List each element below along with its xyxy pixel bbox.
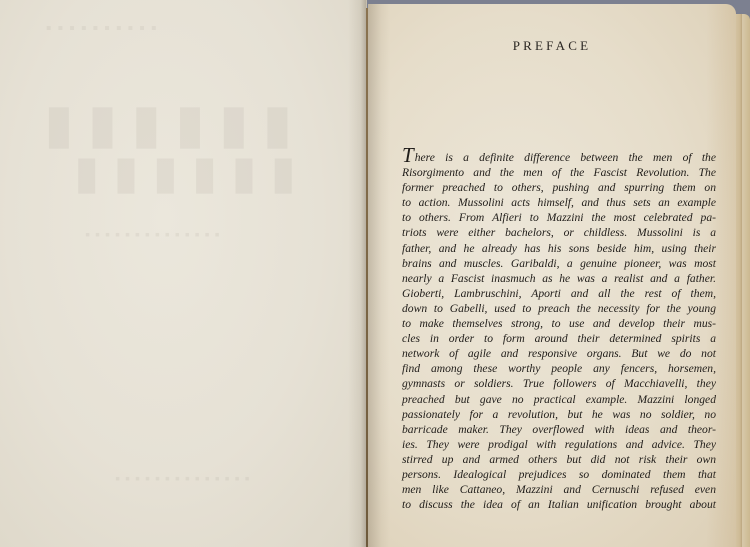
text-line: to others. From Alfieri to Mazzini the m…: [402, 210, 716, 225]
text-line: to discuss the idea of an Italian unific…: [402, 497, 716, 512]
text-line: persons. Idealogical prejudices so domin…: [402, 467, 716, 482]
text-line: down to Gabelli, used to preach the nece…: [402, 301, 716, 316]
bleed-through-mark: ▪▪▪▪▪▪▪▪▪▪▪▪▪▪: [110, 472, 249, 488]
bleed-through-mark: ▪▪▪▪▪▪▪▪▪▪: [40, 20, 157, 38]
bleed-through-mark: ▮▮▮▮▮▮: [60, 145, 296, 199]
preface-body-text: There is a definite difference between t…: [402, 150, 716, 512]
underlying-pages-edge: [734, 14, 750, 547]
text-line: There is a definite difference between t…: [402, 150, 716, 165]
text-line: find among these worthy people any fence…: [402, 361, 716, 376]
text-line: gymnasts or soldiers. True followers of …: [402, 376, 716, 391]
drop-cap: T: [402, 143, 414, 167]
text-line: Gioberti, Lambruschini, Aporti and all t…: [402, 286, 716, 301]
text-line: Risorgimento and the men of the Fascist …: [402, 165, 716, 180]
text-line: stirred up and armed others but did not …: [402, 452, 716, 467]
text-line: triots were either bachelors, or childle…: [402, 225, 716, 240]
page-heading: PREFACE: [368, 38, 736, 54]
text-line: passionately for a revolution, but he wa…: [402, 407, 716, 422]
left-page-blank: ▪▪▪▪▪▪▪▪▪▪ ▮▮▮▮▮▮ ▮▮▮▮▮▮ ▪▪▪▪▪▪▪▪▪▪▪▪▪▪ …: [0, 0, 367, 547]
text-line: to action. Mussolini acts himself, and t…: [402, 195, 716, 210]
text-line: network of agile and responsive organs. …: [402, 346, 716, 361]
text-line: to make themselves strong, to use and de…: [402, 316, 716, 331]
text-line: ies. They were prodigal with regulations…: [402, 437, 716, 452]
text-line: brains and muscles. Garibaldi, a genuine…: [402, 256, 716, 271]
open-book-photo: ▪▪▪▪▪▪▪▪▪▪ ▮▮▮▮▮▮ ▮▮▮▮▮▮ ▪▪▪▪▪▪▪▪▪▪▪▪▪▪ …: [0, 0, 750, 547]
text-line: former preached to others, pushing and s…: [402, 180, 716, 195]
text-line: cles in order to form around their deter…: [402, 331, 716, 346]
bleed-through-mark: ▪▪▪▪▪▪▪▪▪▪▪▪▪▪: [80, 228, 219, 244]
text-line: barricade maker. They overflowed with id…: [402, 422, 716, 437]
right-page-preface: PREFACE There is a definite difference b…: [368, 4, 736, 547]
text-line: father, and he already has his sons besi…: [402, 241, 716, 256]
text-line: nearly a Fascist inasmuch as he was a re…: [402, 271, 716, 286]
text-line: men like Cattaneo, Mazzini and Cernuschi…: [402, 482, 716, 497]
text-line: preached but gave no practical example. …: [402, 392, 716, 407]
